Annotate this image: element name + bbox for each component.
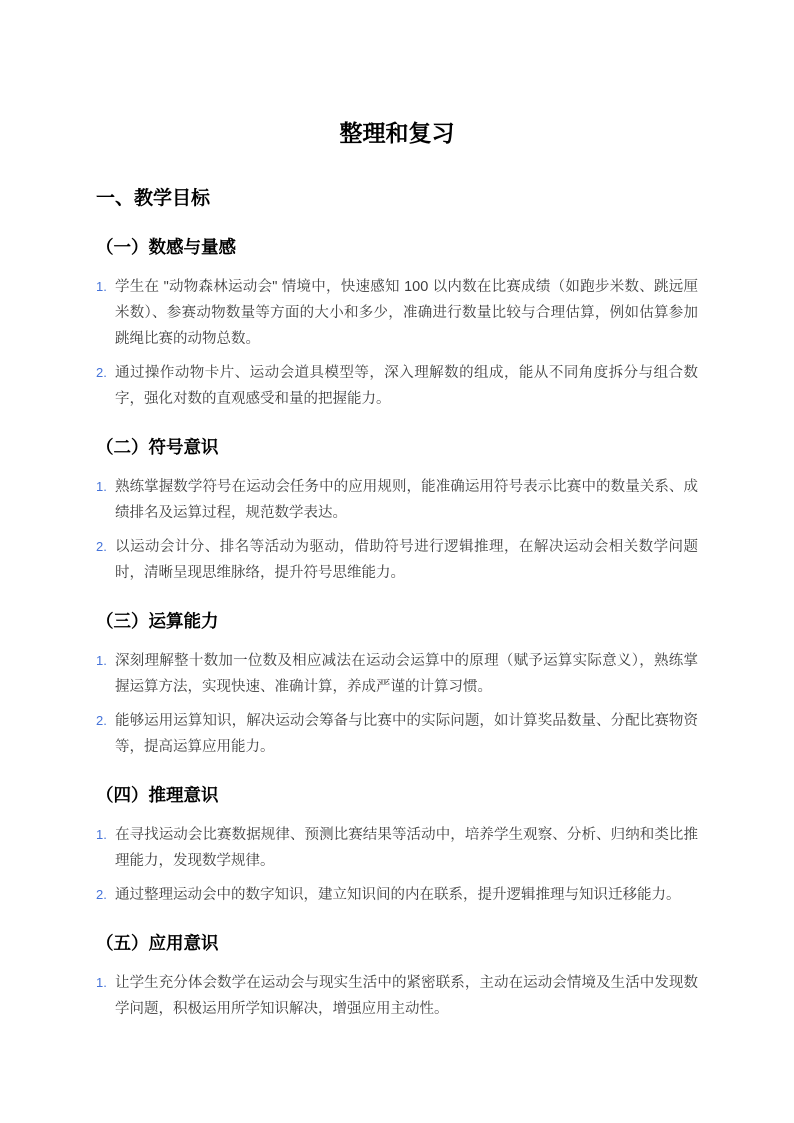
list-item: 2. 通过操作动物卡片、运动会道具模型等，深入理解数的组成，能从不同角度拆分与组…	[96, 360, 698, 412]
list-number: 1.	[96, 822, 115, 848]
list-item-text: 以运动会计分、排名等活动为驱动，借助符号进行逻辑推理，在解决运动会相关数学问题时…	[115, 534, 698, 586]
list-number: 2.	[96, 360, 115, 386]
list-item: 1. 深刻理解整十数加一位数及相应减法在运动会运算中的原理（赋予运算实际意义），…	[96, 648, 698, 700]
subsection-computation-ability: （三）运算能力 1. 深刻理解整十数加一位数及相应减法在运动会运算中的原理（赋予…	[96, 608, 698, 760]
list-item-text: 通过整理运动会中的数字知识，建立知识间的内在联系，提升逻辑推理与知识迁移能力。	[115, 882, 698, 908]
list-item-text: 让学生充分体会数学在运动会与现实生活中的紧密联系，主动在运动会情境及生活中发现数…	[115, 970, 698, 1022]
subsection-reasoning-awareness: （四）推理意识 1. 在寻找运动会比赛数据规律、预测比赛结果等活动中，培养学生观…	[96, 782, 698, 908]
list-item: 1. 在寻找运动会比赛数据规律、预测比赛结果等活动中，培养学生观察、分析、归纳和…	[96, 822, 698, 874]
section-heading-teaching-objectives: 一、教学目标	[96, 186, 698, 212]
list-number: 2.	[96, 882, 115, 908]
list-number: 1.	[96, 274, 115, 300]
list-item: 1. 熟练掌握数学符号在运动会任务中的应用规则，能准确运用符号表示比赛中的数量关…	[96, 474, 698, 526]
list-item-text: 学生在 "动物森林运动会" 情境中，快速感知 100 以内数在比赛成绩（如跑步米…	[115, 274, 698, 352]
list-item-text: 能够运用运算知识，解决运动会筹备与比赛中的实际问题，如计算奖品数量、分配比赛物资…	[115, 708, 698, 760]
list-item: 1. 学生在 "动物森林运动会" 情境中，快速感知 100 以内数在比赛成绩（如…	[96, 274, 698, 352]
list-number: 2.	[96, 708, 115, 734]
list-item: 1. 让学生充分体会数学在运动会与现实生活中的紧密联系，主动在运动会情境及生活中…	[96, 970, 698, 1022]
objective-list: 1. 让学生充分体会数学在运动会与现实生活中的紧密联系，主动在运动会情境及生活中…	[96, 970, 698, 1022]
list-item: 2. 通过整理运动会中的数字知识，建立知识间的内在联系，提升逻辑推理与知识迁移能…	[96, 882, 698, 908]
list-item: 2. 以运动会计分、排名等活动为驱动，借助符号进行逻辑推理，在解决运动会相关数学…	[96, 534, 698, 586]
objective-list: 1. 深刻理解整十数加一位数及相应减法在运动会运算中的原理（赋予运算实际意义），…	[96, 648, 698, 760]
subsection-symbol-awareness: （二）符号意识 1. 熟练掌握数学符号在运动会任务中的应用规则，能准确运用符号表…	[96, 434, 698, 586]
subsection-heading-application-awareness: （五）应用意识	[96, 930, 698, 956]
objective-list: 1. 熟练掌握数学符号在运动会任务中的应用规则，能准确运用符号表示比赛中的数量关…	[96, 474, 698, 586]
objective-list: 1. 学生在 "动物森林运动会" 情境中，快速感知 100 以内数在比赛成绩（如…	[96, 274, 698, 412]
objective-list: 1. 在寻找运动会比赛数据规律、预测比赛结果等活动中，培养学生观察、分析、归纳和…	[96, 822, 698, 908]
list-item-text: 在寻找运动会比赛数据规律、预测比赛结果等活动中，培养学生观察、分析、归纳和类比推…	[115, 822, 698, 874]
list-item-text: 熟练掌握数学符号在运动会任务中的应用规则，能准确运用符号表示比赛中的数量关系、成…	[115, 474, 698, 526]
document-title: 整理和复习	[96, 118, 698, 148]
subsection-heading-computation-ability: （三）运算能力	[96, 608, 698, 634]
list-number: 1.	[96, 648, 115, 674]
list-item-text: 通过操作动物卡片、运动会道具模型等，深入理解数的组成，能从不同角度拆分与组合数字…	[115, 360, 698, 412]
list-number: 2.	[96, 534, 115, 560]
list-item-text: 深刻理解整十数加一位数及相应减法在运动会运算中的原理（赋予运算实际意义），熟练掌…	[115, 648, 698, 700]
subsection-heading-symbol-awareness: （二）符号意识	[96, 434, 698, 460]
list-number: 1.	[96, 474, 115, 500]
document-page: 整理和复习 一、教学目标 （一）数感与量感 1. 学生在 "动物森林运动会" 情…	[0, 0, 794, 1123]
subsection-number-sense: （一）数感与量感 1. 学生在 "动物森林运动会" 情境中，快速感知 100 以…	[96, 234, 698, 412]
list-item: 2. 能够运用运算知识，解决运动会筹备与比赛中的实际问题，如计算奖品数量、分配比…	[96, 708, 698, 760]
subsection-application-awareness: （五）应用意识 1. 让学生充分体会数学在运动会与现实生活中的紧密联系，主动在运…	[96, 930, 698, 1022]
subsection-heading-reasoning-awareness: （四）推理意识	[96, 782, 698, 808]
subsection-heading-number-sense: （一）数感与量感	[96, 234, 698, 260]
list-number: 1.	[96, 970, 115, 996]
